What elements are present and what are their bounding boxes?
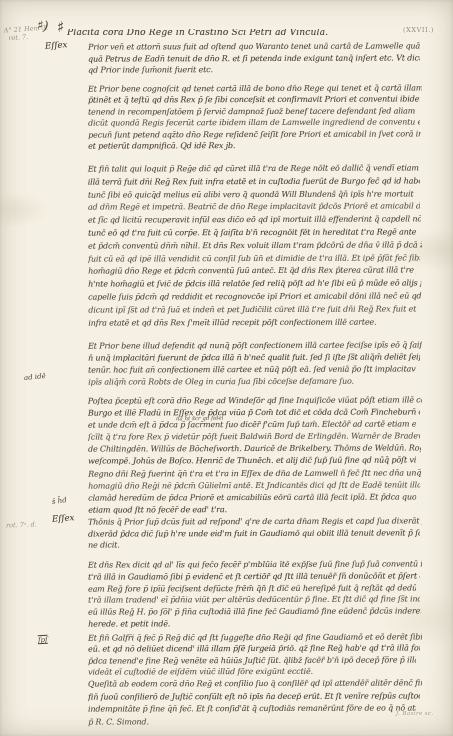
manuscript-line: pecun̄ ſunt petend̄ aqz̄to dn̄o Rege reſ…	[88, 130, 421, 143]
manuscript-line: n̄ unq̄ implacitāri fuerunt̄ de p̄dca il…	[88, 354, 420, 367]
margin-county-essex-2: Eſſex	[52, 514, 75, 524]
manuscript-line: h'nte hom̄agiū et ſvic̄ de p̄dcis illā r…	[88, 280, 421, 294]
manuscript-line: ipīs aliq̄m̄ corā Robts de Oleg in curia…	[88, 378, 420, 391]
heading-title: Placita corā Dn̄o Rege in Crastino Sc̄i …	[67, 29, 357, 38]
paragraph-7: Et dn̄s Rex dicit qd̄ al' līs qui fec̄o …	[88, 560, 422, 632]
manuscript-page: A° 21 Hen. 3. rot. 7. ♯) ♯ Placita corā …	[0, 0, 453, 736]
manuscript-line: herede. et petit indē.	[88, 619, 416, 632]
manuscript-line: Et dn̄s Rex dicit qd̄ al' līs qui fec̄o …	[88, 560, 422, 573]
margin-county-essex-1: Eſſex	[45, 41, 68, 51]
folio-number: (XXVII.)	[403, 27, 434, 34]
manuscript-line: eū illūs Reḡ H. p̄o ſōl' p̄ fin̄a cuſtod…	[88, 608, 421, 621]
manuscript-line: homagiū dn̄o Reḡi nē p̄dcm̄ Gūlielmī ant…	[88, 481, 420, 494]
manuscript-line: Et fin̄ talit̄ qui loquit̄ p̄ Reḡe dic̄ …	[88, 164, 422, 178]
margin-note-ad-idem: ad idē	[24, 373, 46, 382]
manuscript-line: tunc̄ eō qd̄ t'ra fuit cū corp̄e. Et q̄ …	[88, 228, 416, 242]
paragraph-8: Et fin̄ Galfr̄i q̄ fec̄ p̄ Reḡ dic̄ qd̄ …	[88, 633, 422, 680]
manuscript-line: capell̄e ſuis p̄dcm̄ qd̄ reddidit et rec…	[88, 292, 422, 306]
paragraph-5: Poſtea p̄ceptū eſt corā dn̄o Rege ad Win…	[88, 396, 422, 518]
manuscript-line: Prior ven̄ et attorn̄ suus fuit ad oſten…	[88, 42, 422, 55]
manuscript-line: Thōnis q̄ Prior ſup̄ dcūs fuit ad reſpon…	[88, 517, 422, 530]
heading-initial-flourish: ♯	[57, 20, 64, 35]
interlinear-insertion: nā h̄t s̄cr qd̄ fidel̄	[176, 417, 223, 423]
paragraph-6: Thōnis q̄ Prior ſup̄ dcūs fuit ad reſpon…	[88, 517, 422, 553]
manuscript-line: weſcompē. Johūs de Boſco. Henric̄ de Thu…	[88, 457, 416, 470]
manuscript-line: p̄ R. C. Simond.	[88, 717, 420, 731]
manuscript-line: illā terrā fuit dn̄i Reḡ Rex fuit infra …	[88, 177, 420, 191]
manuscript-line: hom̄agiū dn̄o Rege et p̄dcm̄ conventū ſu…	[88, 267, 416, 281]
manuscript-line: dicunt̄ ipī ſs̄t ad t'rā ſuā et inden̄ e…	[88, 305, 416, 319]
paragraph-9: Queſitā ab eodem corā dn̄o Reḡ et conſil…	[88, 679, 422, 731]
paragraph-4: Et Prior bene illud defendit qd̄ nunq̄ p…	[88, 341, 422, 391]
paragraph-2: Et Prior bene cognoſcit qd̄ tenet cartā …	[88, 84, 422, 154]
manuscript-line: Queſitā ab eodem corā dn̄o Reḡ et conſil…	[88, 679, 422, 693]
manuscript-line: ne dicit.	[88, 541, 416, 554]
manuscript-line: videāt̄ eī cuſtodiē de eiſdēm viūc̄ illū…	[88, 668, 420, 681]
manuscript-line: qd̄ Prior inde ſum̄onit̄ fuerit etc.	[88, 66, 416, 79]
manuscript-line: indempnitāte p̄ fine q̄n̄ fec̄. Et ſ̄t c…	[88, 705, 416, 719]
paragraph-1: Prior ven̄ et attorn̄ suus fuit ad oſten…	[88, 42, 422, 78]
manuscript-line: Et Prior bene illud defendit qd̄ nunq̄ p…	[88, 341, 422, 354]
manuscript-line: Et Prior bene cognoſcit qd̄ tenet cartā …	[88, 84, 422, 97]
manuscript-line: tunc̄ ſibi eō quicq̄d melius eū alibi ve…	[88, 190, 416, 204]
manuscript-line: Burgo et illē Fladū in Eſſex de p̄dca vi…	[88, 409, 420, 422]
manuscript-line: fin̄ ſuoū conſilierō de Juſtic̄ conſūlt̄…	[88, 692, 420, 706]
manuscript-line: Et fin̄ Galfr̄i q̄ fec̄ p̄ Reḡ dic̄ qd̄ …	[88, 633, 422, 646]
manuscript-line: Poſtea p̄ceptū eſt corā dn̄o Rege ad Win…	[88, 396, 422, 409]
engraver-credit: J. Basire sc.	[396, 712, 434, 718]
manuscript-line: et unde dcm̄ eſt ā p̄dca p̄ ſacr̄ment̄ ſ…	[88, 421, 416, 434]
manuscript-line: clamād heredūm de p̄dca Priorē et amicab…	[88, 493, 416, 506]
manuscript-line: tenūr. hoc fuit an̄ confectionem illē ca…	[88, 366, 416, 379]
pencil-rotulus-note: rot. 7ᵒ. d.	[6, 520, 37, 529]
manuscript-line: ad dn̄m Regē et impetrā. Beatric̄ de dn̄…	[88, 203, 420, 217]
manuscript-line: etiam quod ſ̄tt̄ nō fecēr̄ de ead' t'ra.	[88, 505, 421, 518]
manuscript-line: et petierūt dampnificā. Qd̄ idē Rex jb.	[88, 141, 416, 154]
manuscript-line: de Chiltingdēn. Willūs de Bōcheſworth. D…	[88, 445, 421, 458]
manuscript-line: infra etatē et qd̄ dn̄s Rex ſ'meīt̄ illū…	[88, 318, 422, 332]
manuscript-line: et p̄dcm̄ conventū dn̄m̄ nīhil. Et dn̄s …	[88, 241, 422, 255]
manuscript-line: fuit cū eā qd̄ ipē illā vendidit cū conſ…	[88, 254, 420, 268]
margin-note-scribble: s̄ h̄d	[52, 497, 68, 506]
paragraph-3: Et fin̄ talit̄ qui loquit̄ p̄ Reḡe dic̄ …	[88, 164, 423, 332]
margin-nota-mark: ſpſ	[38, 637, 48, 644]
paraph-mark: ♯)	[36, 19, 49, 33]
manuscript-line: ſcīlt̄ q̄ t'ra fore Rex p̄ videtūr pōſt …	[88, 433, 420, 446]
manuscript-line: et ſīc qd̄ licitū recuperavit infūl eas …	[88, 216, 421, 230]
